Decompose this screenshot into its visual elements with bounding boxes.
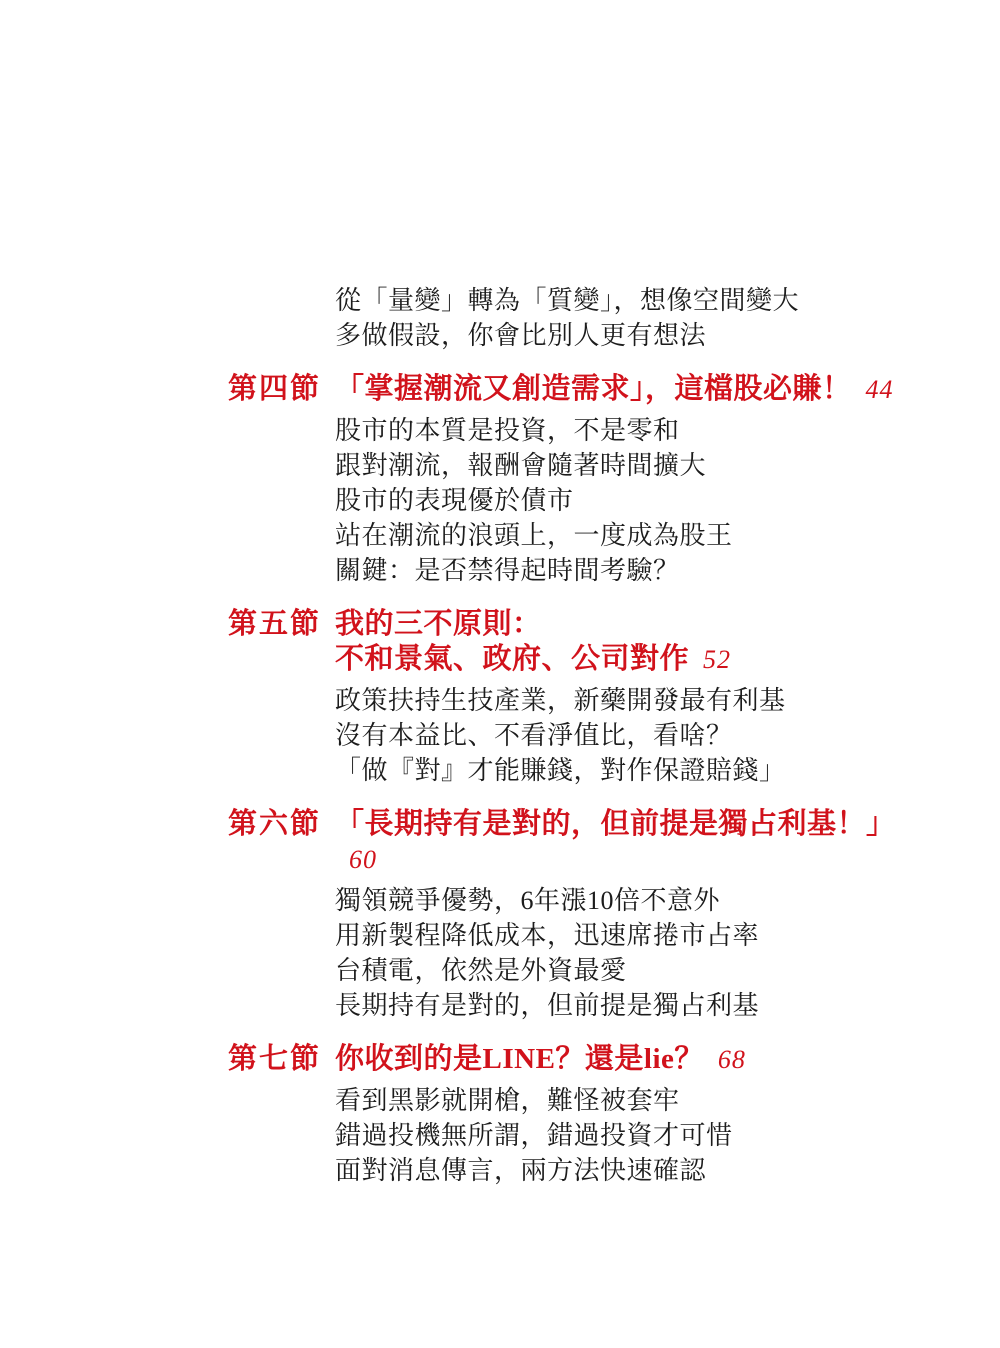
toc-subitem: 多做假設，你會比別人更有想法	[335, 318, 928, 353]
toc-subitem: 政策扶持生技產業，新藥開發最有利基	[335, 683, 928, 718]
section-title-text: 「掌握潮流又創造需求」，這檔股必賺！	[335, 373, 852, 405]
section-heading-row: 第七節 你收到的是LINE？還是lie？68	[228, 1042, 928, 1077]
toc-subitem: 面對消息傳言，兩方法快速確認	[335, 1153, 928, 1188]
section-label: 第七節	[228, 1042, 335, 1077]
toc-subitem: 「做『對』才能賺錢，對作保證賠錢」	[335, 753, 928, 788]
section-title: 「掌握潮流又創造需求」，這檔股必賺！44	[335, 372, 894, 407]
toc-subitem: 跟對潮流，報酬會隨著時間擴大	[335, 448, 928, 483]
section-label: 第四節	[228, 372, 335, 407]
toc-subitem: 站在潮流的浪頭上，一度成為股王	[335, 518, 928, 553]
page-number: 44	[866, 372, 894, 407]
toc-section-5: 第五節 我的三不原則： 不和景氣、政府、公司對作52 政策扶持生技產業，新藥開發…	[228, 607, 928, 788]
toc-subitem: 用新製程降低成本，迅速席捲市占率	[335, 918, 928, 953]
section-label: 第五節	[228, 607, 335, 642]
toc-subitem: 沒有本益比、不看淨值比，看啥？	[335, 718, 928, 753]
section-title: 「長期持有是對的，但前提是獨占利基！」60	[335, 807, 928, 877]
section-items: 獨領競爭優勢，6年漲10倍不意外 用新製程降低成本，迅速席捲市占率 台積電，依然…	[335, 883, 928, 1023]
section-title-text: 我的三不原則：	[335, 607, 731, 642]
toc-subitem: 股市的表現優於債市	[335, 483, 928, 518]
section-title-text2-row: 不和景氣、政府、公司對作52	[335, 642, 731, 677]
section-heading-row: 第六節 「長期持有是對的，但前提是獨占利基！」60	[228, 807, 928, 877]
section-title-text: 不和景氣、政府、公司對作	[335, 643, 689, 675]
toc-subitem: 股市的本質是投資，不是零和	[335, 413, 928, 448]
section-title: 你收到的是LINE？還是lie？68	[335, 1042, 746, 1077]
toc-page: 從「量變」轉為「質變」，想像空間變大 多做假設，你會比別人更有想法 第四節 「掌…	[0, 0, 1000, 1348]
toc-subitem: 關鍵：是否禁得起時間考驗？	[335, 553, 928, 588]
toc-subitem: 錯過投機無所謂，錯過投資才可惜	[335, 1118, 928, 1153]
toc-subitem: 從「量變」轉為「質變」，想像空間變大	[335, 283, 928, 318]
section-title-text: 你收到的是LINE？還是lie？	[335, 1043, 704, 1075]
section-label: 第六節	[228, 807, 335, 842]
page-number: 52	[703, 642, 731, 677]
section-title: 我的三不原則： 不和景氣、政府、公司對作52	[335, 607, 731, 677]
section-items: 股市的本質是投資，不是零和 跟對潮流，報酬會隨著時間擴大 股市的表現優於債市 站…	[335, 413, 928, 588]
section-items: 看到黑影就開槍，難怪被套牢 錯過投機無所謂，錯過投資才可惜 面對消息傳言，兩方法…	[335, 1083, 928, 1188]
section-items: 政策扶持生技產業，新藥開發最有利基 沒有本益比、不看淨值比，看啥？ 「做『對』才…	[335, 683, 928, 788]
page-number: 60	[349, 842, 377, 877]
toc-subitem: 看到黑影就開槍，難怪被套牢	[335, 1083, 928, 1118]
page-number: 68	[718, 1042, 746, 1077]
toc-subitem: 獨領競爭優勢，6年漲10倍不意外	[335, 883, 928, 918]
toc-subitem: 台積電，依然是外資最愛	[335, 953, 928, 988]
toc-section-6: 第六節 「長期持有是對的，但前提是獨占利基！」60 獨領競爭優勢，6年漲10倍不…	[228, 807, 928, 1023]
toc-content: 從「量變」轉為「質變」，想像空間變大 多做假設，你會比別人更有想法 第四節 「掌…	[228, 283, 928, 1188]
section-heading-row: 第四節 「掌握潮流又創造需求」，這檔股必賺！44	[228, 372, 928, 407]
toc-section-7: 第七節 你收到的是LINE？還是lie？68 看到黑影就開槍，難怪被套牢 錯過投…	[228, 1042, 928, 1188]
section-title-text: 「長期持有是對的，但前提是獨占利基！」	[335, 808, 896, 840]
intro-block: 從「量變」轉為「質變」，想像空間變大 多做假設，你會比別人更有想法	[335, 283, 928, 353]
toc-section-4: 第四節 「掌握潮流又創造需求」，這檔股必賺！44 股市的本質是投資，不是零和 跟…	[228, 372, 928, 588]
toc-subitem: 長期持有是對的，但前提是獨占利基	[335, 988, 928, 1023]
section-heading-row: 第五節 我的三不原則： 不和景氣、政府、公司對作52	[228, 607, 928, 677]
